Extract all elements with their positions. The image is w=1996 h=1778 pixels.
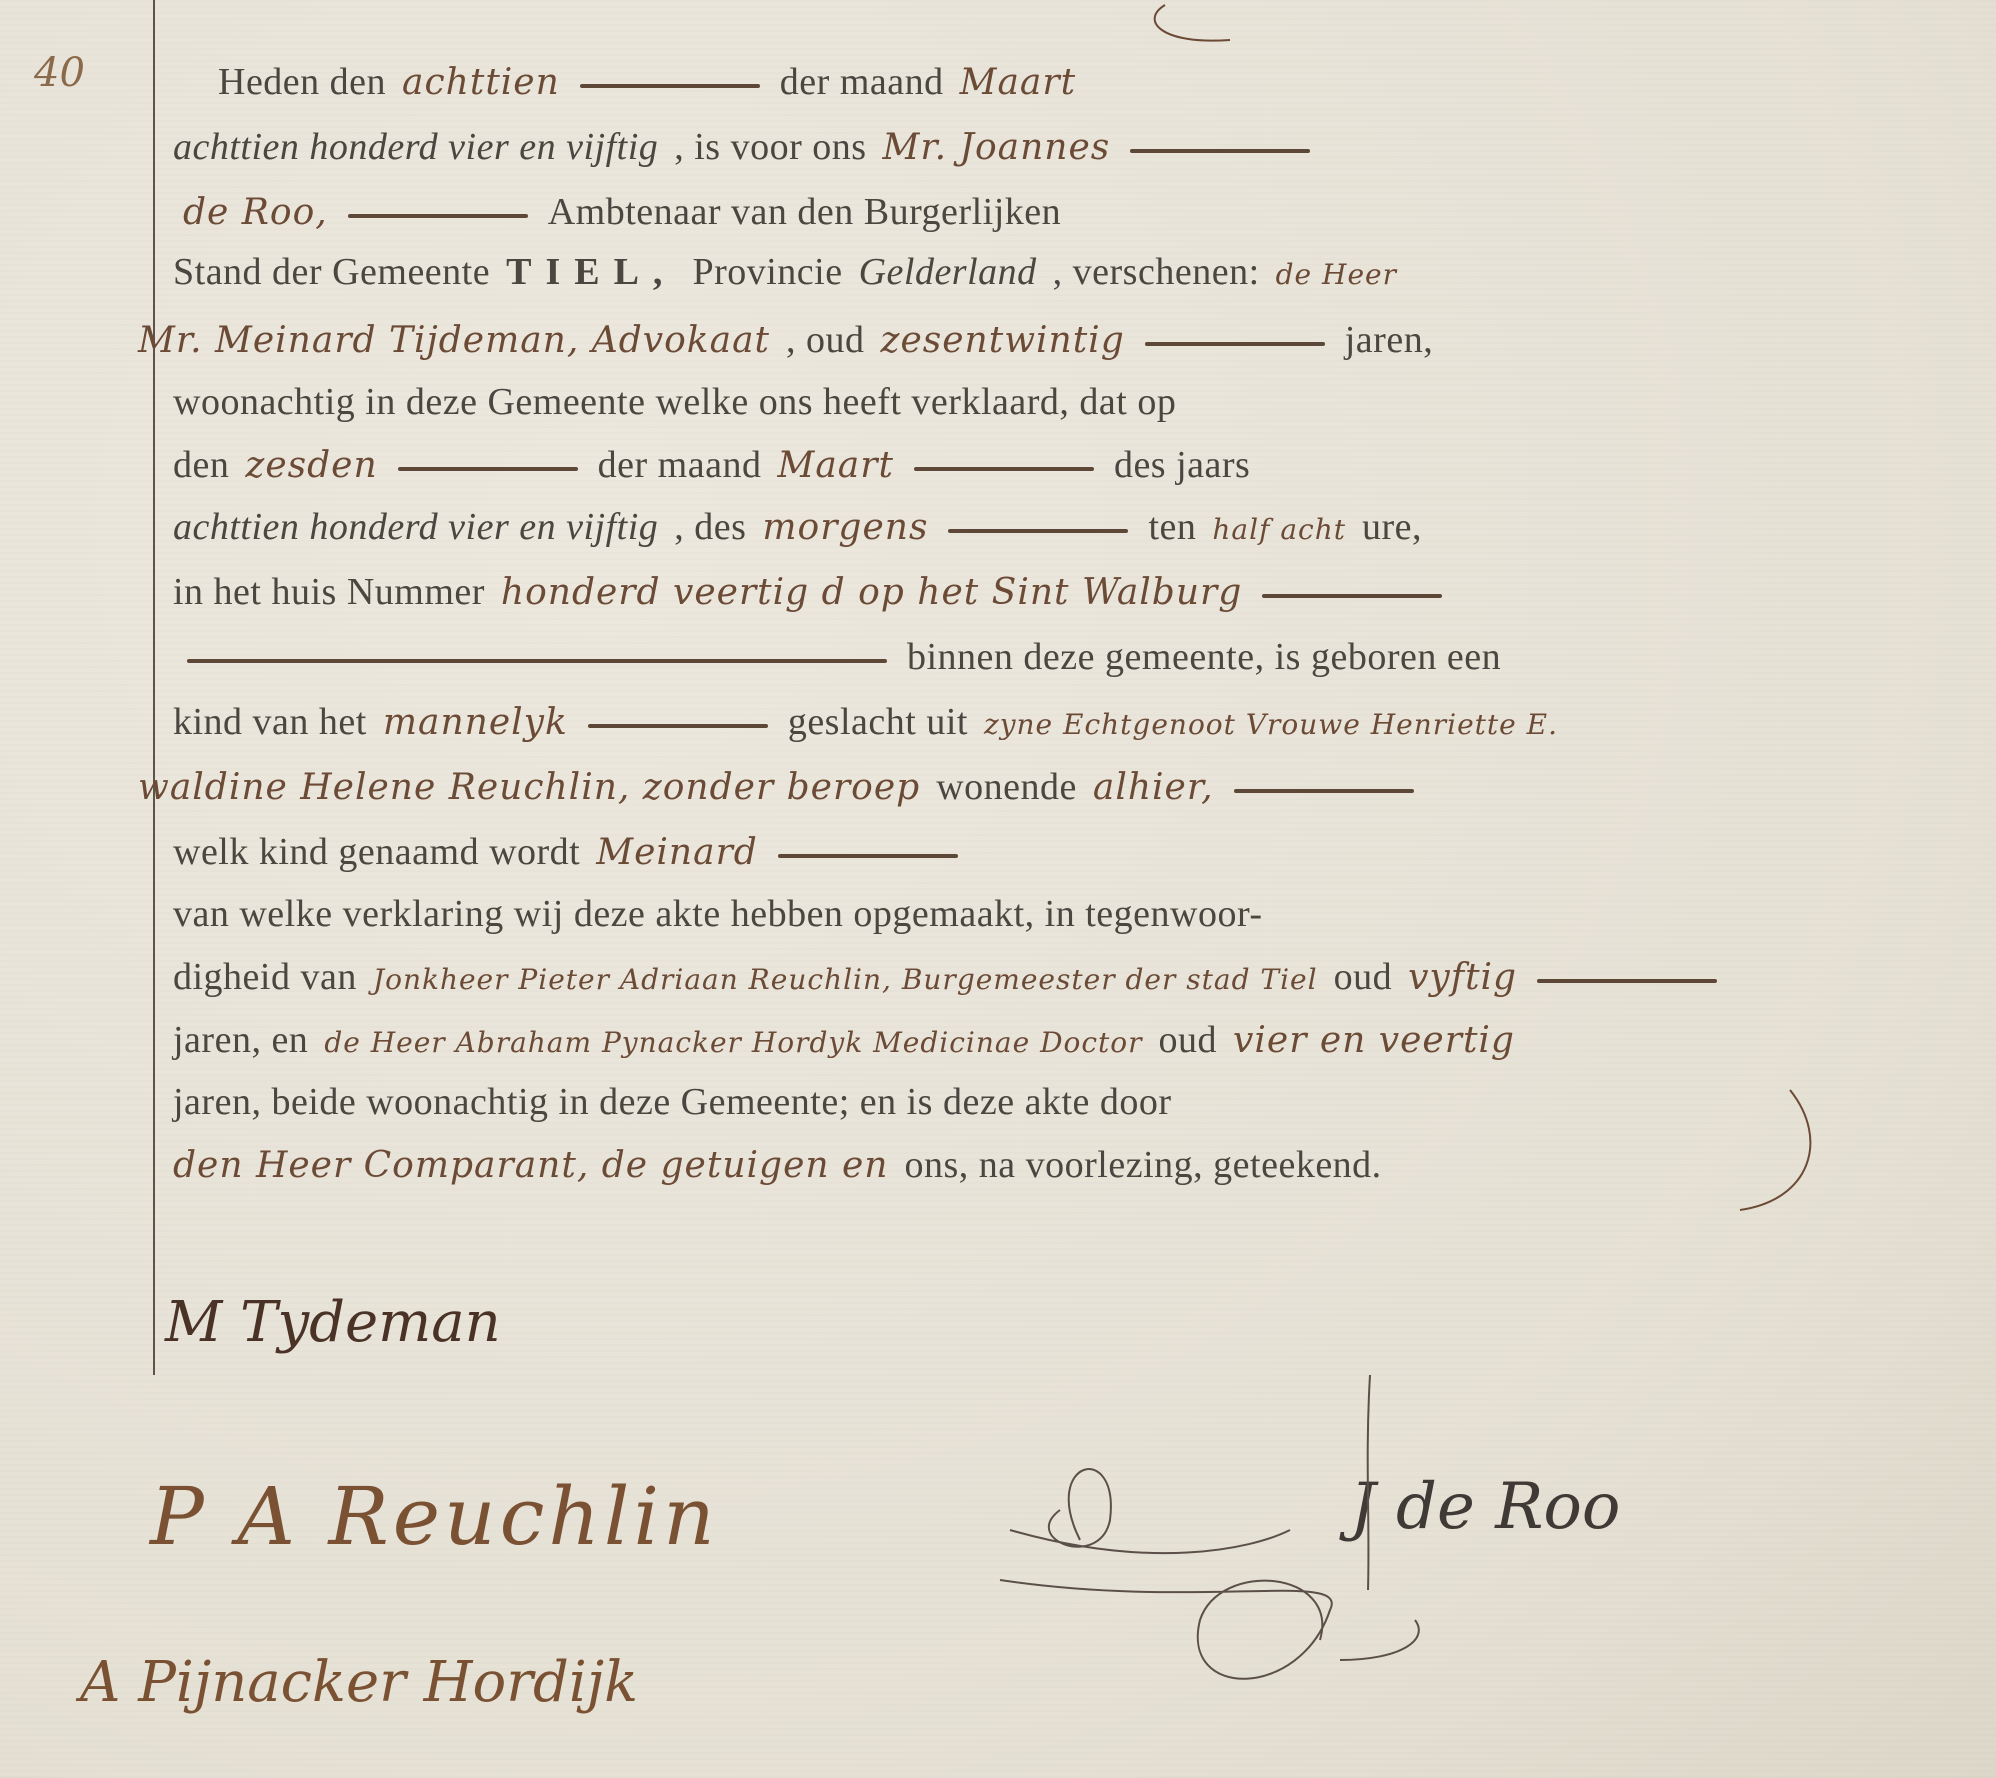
- printed-text: oud: [1159, 1018, 1218, 1062]
- fill-rule: [580, 84, 760, 88]
- fill-rule: [1145, 342, 1325, 346]
- printed-text: der maand: [598, 443, 762, 487]
- printed-text: jaren, en: [173, 1018, 308, 1062]
- certificate-line: digheid vanJonkheer Pieter Adriaan Reuch…: [165, 955, 1729, 999]
- printed-text: TIEL,: [506, 250, 676, 294]
- certificate-line: welk kind genaamd wordtMeinard: [165, 830, 970, 874]
- handwritten-entry: alhier,: [1093, 767, 1214, 808]
- handwritten-entry: Mr. Meinard Tijdeman, Advokaat: [138, 320, 770, 361]
- fill-rule: [1262, 594, 1442, 598]
- handwritten-entry: de Heer Abraham Pynacker Hordyk Medicina…: [324, 1026, 1142, 1059]
- handwritten-entry: waldine Helene Reuchlin, zonder beroep: [138, 767, 920, 808]
- printed-text: ure,: [1362, 505, 1422, 549]
- signature-comparant: M Tydeman: [165, 1290, 501, 1355]
- handwritten-entry: den Heer Comparant, de getuigen en: [173, 1145, 889, 1186]
- printed-text: ons, na voorlezing, geteekend.: [905, 1143, 1382, 1187]
- printed-text: digheid van: [173, 955, 357, 999]
- printed-text: ten: [1148, 505, 1196, 549]
- printed-text: Heden den: [218, 60, 386, 104]
- certificate-line: van welke verklaring wij deze akte hebbe…: [165, 892, 1271, 936]
- printed-text: , oud: [786, 318, 865, 362]
- page-number: 40: [34, 50, 85, 96]
- handwritten-entry: de Heer: [1276, 258, 1397, 291]
- certificate-line: waldine Helene Reuchlin, zonder beroepwo…: [130, 765, 1426, 809]
- fill-rule: [1537, 979, 1717, 983]
- printed-text: , verschenen:: [1053, 250, 1260, 294]
- printed-text: geslacht uit: [788, 700, 968, 744]
- handwritten-entry: vyftig: [1408, 957, 1517, 998]
- fill-rule: [588, 724, 768, 728]
- handwritten-entry: Meinard: [596, 832, 758, 873]
- margin-rule: [153, 0, 155, 1375]
- printed-text: der maand: [780, 60, 944, 104]
- fill-rule: [187, 659, 887, 663]
- printed-text: achttien honderd vier en vijftig: [173, 505, 658, 549]
- certificate-line: binnen deze gemeente, is geboren een: [175, 635, 1509, 679]
- printed-text: Provincie: [692, 250, 842, 294]
- certificate-line: Stand der GemeenteTIEL,ProvincieGelderla…: [165, 250, 1405, 294]
- printed-text: wonende: [936, 765, 1077, 809]
- fill-rule: [1234, 789, 1414, 793]
- printed-text: oud: [1334, 955, 1393, 999]
- certificate-line: achttien honderd vier en vijftig, is voo…: [165, 125, 1322, 169]
- printed-text: kind van het: [173, 700, 367, 744]
- printed-text: woonachtig in deze Gemeente welke ons he…: [173, 380, 1176, 424]
- handwritten-entry: achttien: [402, 62, 560, 103]
- handwritten-entry: Maart: [960, 62, 1076, 103]
- printed-text: jaren,: [1345, 318, 1433, 362]
- fill-rule: [1130, 149, 1310, 153]
- printed-text: den: [173, 443, 229, 487]
- printed-text: Stand der Gemeente: [173, 250, 490, 294]
- printed-text: in het huis Nummer: [173, 570, 485, 614]
- certificate-line: achttien honderd vier en vijftig, desmor…: [165, 505, 1430, 549]
- printed-text: , is voor ons: [674, 125, 866, 169]
- handwritten-entry: mannelyk: [383, 702, 568, 743]
- certificate-line: denzesdender maandMaartdes jaars: [165, 443, 1258, 487]
- printed-text: jaren, beide woonachtig in deze Gemeente…: [173, 1080, 1172, 1124]
- certificate-line: de Roo,Ambtenaar van den Burgerlijken: [175, 190, 1069, 234]
- handwritten-entry: vier en veertig: [1233, 1020, 1515, 1061]
- certificate-line: Heden denachttiender maandMaart: [210, 60, 1084, 104]
- signature-official: J de Roo: [1350, 1470, 1620, 1544]
- fill-rule: [948, 529, 1128, 533]
- certificate-line: jaren, ende Heer Abraham Pynacker Hordyk…: [165, 1018, 1523, 1062]
- handwritten-entry: Mr. Joannes: [883, 127, 1111, 168]
- handwritten-entry: honderd veertig d op het Sint Walburg: [501, 572, 1242, 613]
- handwritten-entry: de Roo,: [183, 192, 328, 233]
- printed-text: van welke verklaring wij deze akte hebbe…: [173, 892, 1263, 936]
- fill-rule: [348, 214, 528, 218]
- certificate-line: kind van hetmannelykgeslacht uitzyne Ech…: [165, 700, 1566, 744]
- certificate-line: jaren, beide woonachtig in deze Gemeente…: [165, 1080, 1180, 1124]
- fill-rule: [778, 854, 958, 858]
- printed-text: welk kind genaamd wordt: [173, 830, 580, 874]
- printed-text: des jaars: [1114, 443, 1250, 487]
- handwritten-entry: zesden: [245, 445, 377, 486]
- fill-rule: [914, 467, 1094, 471]
- signature-witness-2: A Pijnacker Hordijk: [80, 1650, 638, 1715]
- certificate-line: den Heer Comparant, de getuigen enons, n…: [165, 1143, 1390, 1187]
- handwritten-entry: zesentwintig: [881, 320, 1125, 361]
- printed-text: Ambtenaar van den Burgerlijken: [548, 190, 1061, 234]
- printed-text: achttien honderd vier en vijftig: [173, 125, 658, 169]
- handwritten-entry: Jonkheer Pieter Adriaan Reuchlin, Burgem…: [373, 963, 1318, 996]
- printed-text: , des: [674, 505, 746, 549]
- printed-text: Gelderland: [859, 250, 1037, 294]
- certificate-line: Mr. Meinard Tijdeman, Advokaat, oudzesen…: [130, 318, 1441, 362]
- handwritten-entry: morgens: [762, 507, 928, 548]
- certificate-line: woonachtig in deze Gemeente welke ons he…: [165, 380, 1184, 424]
- certificate-line: in het huis Nummerhonderd veertig d op h…: [165, 570, 1454, 614]
- handwritten-entry: half acht: [1212, 513, 1346, 546]
- signature-witness-1: P A Reuchlin: [150, 1470, 719, 1563]
- handwritten-entry: Maart: [777, 445, 893, 486]
- handwritten-entry: zyne Echtgenoot Vrouwe Henriette E.: [984, 708, 1558, 741]
- printed-text: binnen deze gemeente, is geboren een: [907, 635, 1501, 679]
- fill-rule: [398, 467, 578, 471]
